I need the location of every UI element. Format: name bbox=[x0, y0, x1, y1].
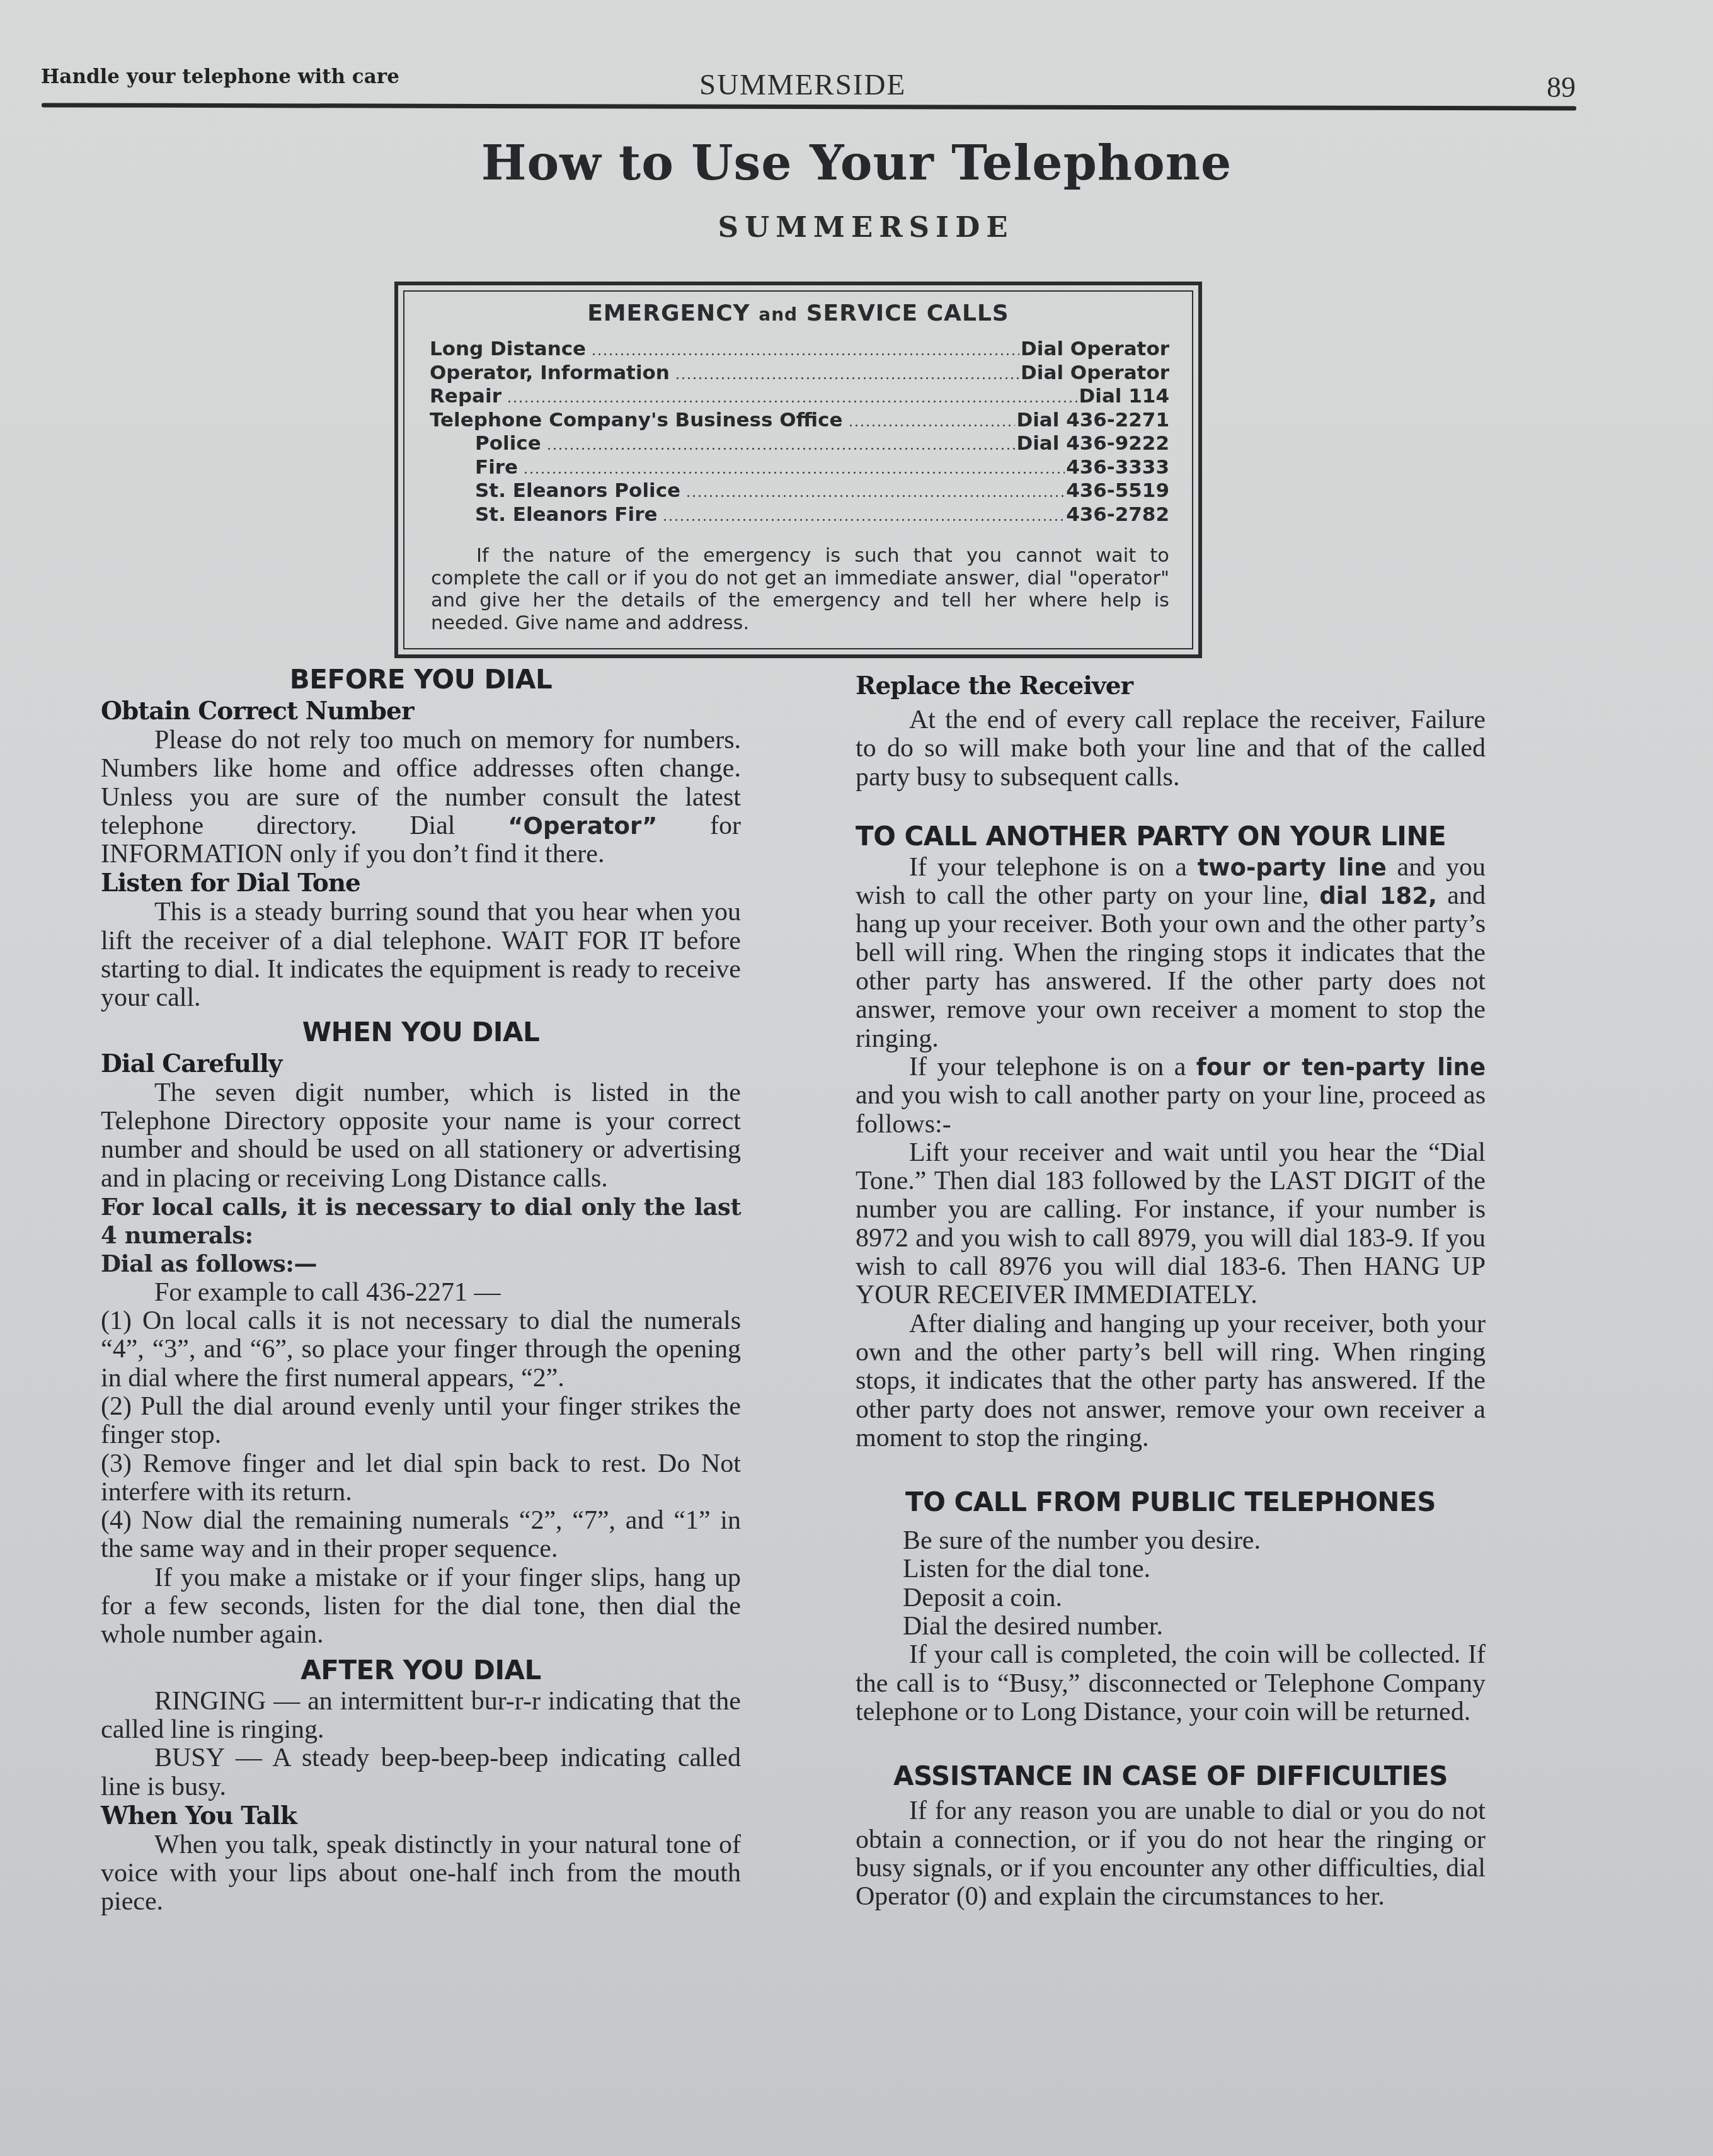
dot-leader bbox=[546, 448, 1016, 450]
section-heading-when-you-dial: WHEN YOU DIAL bbox=[101, 1015, 741, 1049]
dot-leader bbox=[507, 401, 1078, 402]
after-dialing-paragraph: After dialing and hanging up your receiv… bbox=[856, 1310, 1486, 1452]
dot-leader bbox=[848, 425, 1016, 426]
call-row: Operator, Information Dial Operator bbox=[430, 362, 1169, 385]
section-heading-public-telephones: TO CALL FROM PUBLIC TELEPHONES bbox=[856, 1485, 1486, 1519]
assistance-paragraph: If for any reason you are unable to dial… bbox=[856, 1797, 1486, 1911]
call-number: Dial 436-2271 bbox=[1015, 409, 1169, 431]
box-title-part2: SERVICE CALLS bbox=[806, 300, 1009, 326]
call-row: Long Distance Dial Operator bbox=[430, 338, 1169, 362]
call-number: Dial 436-9222 bbox=[1015, 432, 1169, 455]
call-name: Fire bbox=[475, 456, 523, 479]
call-row: Repair Dial 114 bbox=[430, 385, 1169, 409]
left-column: BEFORE YOU DIAL Obtain Correct Number Pl… bbox=[101, 663, 741, 1917]
bold-text-run: dial 182, bbox=[1319, 882, 1437, 910]
replace-receiver-paragraph: At the end of every call replace the rec… bbox=[856, 706, 1486, 792]
emergency-calls-list: Long Distance Dial Operator Operator, In… bbox=[430, 338, 1169, 527]
public-step: Be sure of the number you desire. bbox=[856, 1527, 1486, 1555]
bold-text-run: two-party line bbox=[1198, 854, 1387, 881]
dial-tone-paragraph: This is a steady burring sound that you … bbox=[101, 898, 741, 1012]
header-town-name: SUMMERSIDE bbox=[699, 68, 906, 102]
two-party-paragraph: If your telephone is on a two-party line… bbox=[856, 853, 1486, 1053]
call-name: Long Distance bbox=[430, 338, 591, 360]
dot-leader bbox=[685, 495, 1065, 497]
emergency-box-title: EMERGENCY and SERVICE CALLS bbox=[398, 300, 1198, 326]
directory-page: Handle your telephone with care SUMMERSI… bbox=[0, 0, 1713, 2156]
text-run: If your telephone is on a bbox=[909, 853, 1198, 882]
section-heading-assistance: ASSISTANCE IN CASE OF DIFFICULTIES bbox=[856, 1759, 1486, 1793]
call-name: St. Eleanors Fire bbox=[475, 503, 662, 526]
spacer bbox=[856, 1452, 1486, 1485]
section-heading-after-you-dial: AFTER YOU DIAL bbox=[101, 1653, 741, 1687]
public-step: Dial the desired number. bbox=[856, 1612, 1486, 1641]
dial-step: (4) Now dial the remaining numerals “2”,… bbox=[101, 1507, 741, 1564]
dot-leader bbox=[523, 472, 1065, 474]
dial-step: (3) Remove finger and let dial spin back… bbox=[101, 1450, 741, 1507]
multi-party-paragraph: If your telephone is on a four or ten-pa… bbox=[856, 1053, 1486, 1139]
header-rule bbox=[42, 103, 1576, 110]
dial-as-follows-label: Dial as follows:— bbox=[101, 1250, 741, 1278]
subheading-dial-carefully: Dial Carefully bbox=[101, 1049, 741, 1079]
call-row: Telephone Company's Business Office Dial… bbox=[430, 409, 1169, 433]
call-number: Dial Operator bbox=[1019, 362, 1169, 384]
talk-paragraph: When you talk, speak distinctly in your … bbox=[101, 1831, 741, 1917]
dial-step: (2) Pull the dial around evenly until yo… bbox=[101, 1393, 741, 1450]
coin-return-paragraph: If your call is completed, the coin will… bbox=[856, 1641, 1486, 1726]
call-number: 436-2782 bbox=[1065, 503, 1169, 526]
page-number: 89 bbox=[1547, 71, 1576, 104]
page-title: How to Use Your Telephone bbox=[0, 135, 1713, 191]
call-name: Police bbox=[475, 432, 546, 455]
subheading-replace-receiver: Replace the Receiver bbox=[856, 671, 1486, 701]
dot-leader bbox=[675, 377, 1019, 379]
call-row: St. Eleanors Fire 436-2782 bbox=[430, 503, 1169, 527]
call-name: St. Eleanors Police bbox=[475, 479, 685, 502]
spacer bbox=[856, 792, 1486, 819]
subheading-listen-for-dial-tone: Listen for Dial Tone bbox=[101, 869, 741, 898]
call-number: 436-3333 bbox=[1065, 456, 1169, 479]
dial-step: (1) On local calls it is not necessary t… bbox=[101, 1307, 741, 1393]
emergency-note: If the nature of the emergency is such t… bbox=[431, 545, 1169, 634]
call-row: Police Dial 436-9222 bbox=[430, 432, 1169, 456]
call-name: Telephone Company's Business Office bbox=[430, 409, 848, 431]
call-row: Fire 436-3333 bbox=[430, 456, 1169, 480]
page-subtitle: SUMMERSIDE bbox=[0, 210, 1713, 244]
ringing-paragraph: RINGING — an intermittent bur-r-r indica… bbox=[101, 1687, 741, 1745]
public-step: Listen for the dial tone. bbox=[856, 1555, 1486, 1583]
bold-text-run: “Operator” bbox=[508, 813, 657, 840]
dial-carefully-paragraph: The seven digit number, which is listed … bbox=[101, 1079, 741, 1193]
box-title-part1: EMERGENCY bbox=[587, 300, 750, 326]
bold-text-run: four or ten-party line bbox=[1196, 1054, 1486, 1081]
dial-183-paragraph: Lift your receiver and wait until you he… bbox=[856, 1139, 1486, 1310]
text-run: If your telephone is on a bbox=[909, 1052, 1196, 1081]
public-step: Deposit a coin. bbox=[856, 1584, 1486, 1612]
local-calls-note: For local calls, it is necessary to dial… bbox=[101, 1193, 741, 1250]
call-name: Repair bbox=[430, 385, 507, 408]
box-title-and: and bbox=[759, 304, 798, 325]
call-name: Operator, Information bbox=[430, 362, 675, 384]
obtain-number-paragraph: Please do not rely too much on memory fo… bbox=[101, 726, 741, 869]
call-number: Dial Operator bbox=[1019, 338, 1169, 360]
subheading-when-you-talk: When You Talk bbox=[101, 1801, 741, 1831]
spacer bbox=[856, 1726, 1486, 1759]
mistake-paragraph: If you make a mistake or if your finger … bbox=[101, 1564, 741, 1650]
call-number: Dial 114 bbox=[1078, 385, 1169, 408]
busy-paragraph: BUSY — A steady beep-beep-beep indicatin… bbox=[101, 1744, 741, 1801]
dot-leader bbox=[591, 353, 1019, 355]
subheading-obtain-correct-number: Obtain Correct Number bbox=[101, 697, 741, 726]
call-row: St. Eleanors Police 436-5519 bbox=[430, 479, 1169, 503]
example-line: For example to call 436-2271 — bbox=[101, 1279, 741, 1307]
section-heading-before-you-dial: BEFORE YOU DIAL bbox=[101, 663, 741, 697]
right-column: Replace the Receiver At the end of every… bbox=[856, 671, 1486, 1911]
call-number: 436-5519 bbox=[1065, 479, 1169, 502]
dot-leader bbox=[662, 519, 1065, 521]
text-run: and you wish to call another party on yo… bbox=[856, 1081, 1486, 1138]
section-heading-another-party: TO CALL ANOTHER PARTY ON YOUR LINE bbox=[856, 819, 1486, 853]
emergency-calls-box: EMERGENCY and SERVICE CALLS Long Distanc… bbox=[394, 282, 1202, 658]
running-head: Handle your telephone with care bbox=[41, 66, 399, 88]
